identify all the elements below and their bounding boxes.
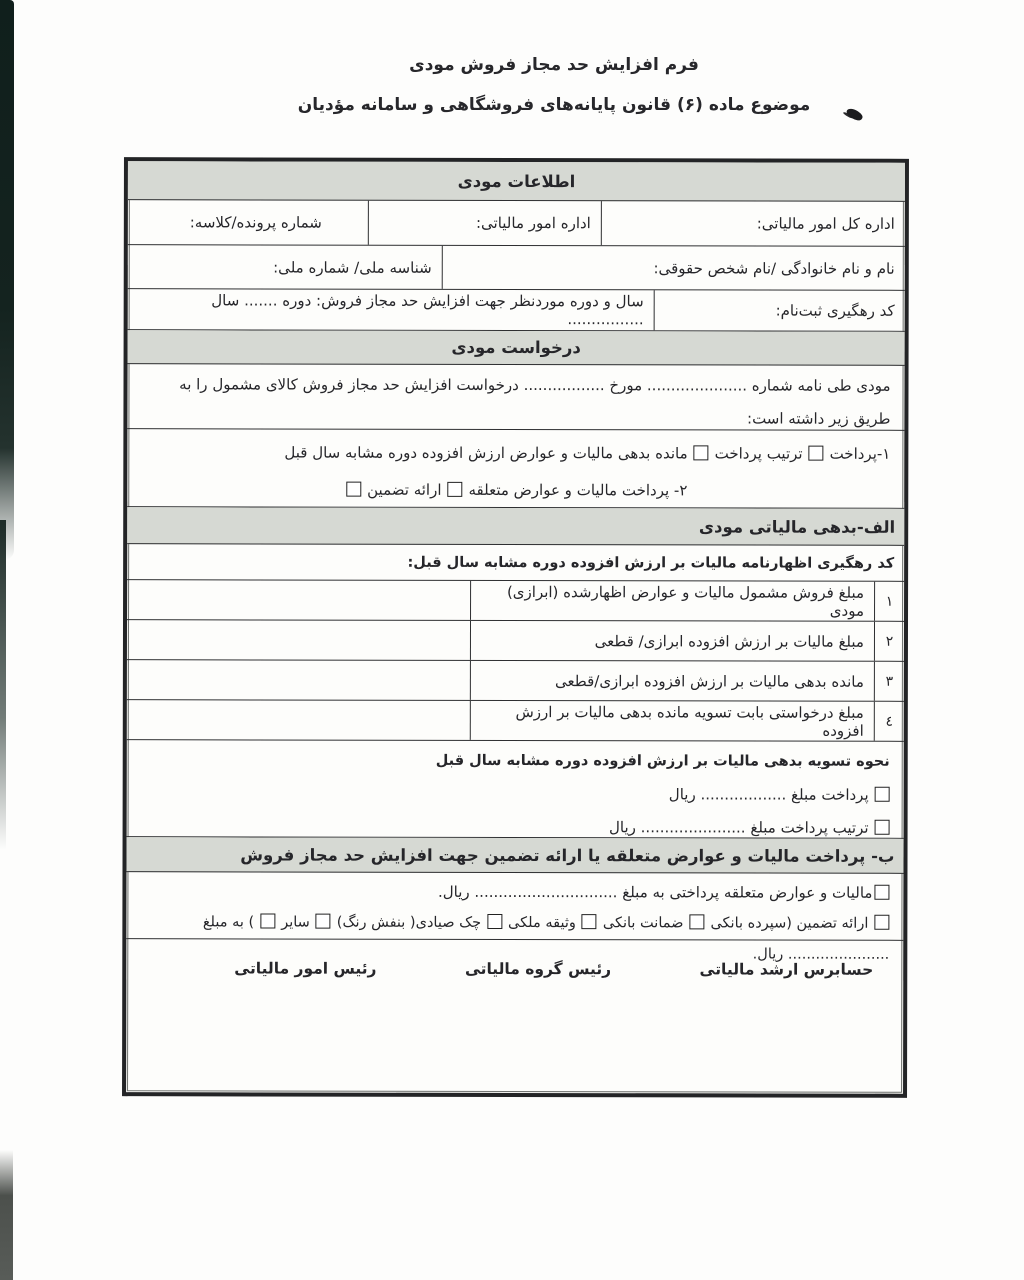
request-option-1: ۱-پرداختترتیب پرداختمانده بدهی مالیات و … <box>137 433 890 473</box>
vat-declaration-tracking-row[interactable]: کد رهگیری اظهارنامه مالیات بر ارزش افزود… <box>127 544 904 582</box>
row-label-text: مانده بدهی مالیات بر ارزش افزوده ابرازی/… <box>555 672 864 691</box>
row-label: مبلغ مالیات بر ارزش افزوده ابرازی/ قطعی <box>470 621 874 661</box>
request-option1-text3: مانده بدهی مالیات و عوارض ارزش افزوده دو… <box>284 444 687 463</box>
request-options-block: ۱-پرداختترتیب پرداختمانده بدهی مالیات و … <box>127 429 904 509</box>
settlement-method-title: نحوه تسویه بدهی مالیات بر ارزش افزوده دو… <box>137 744 890 779</box>
info-row-offices: اداره کل امور مالیاتی: اداره امور مالیات… <box>128 200 905 247</box>
request-intro-block: مودی طی نامه شماره .....................… <box>127 364 904 431</box>
row-label: مانده بدهی مالیات بر ارزش افزوده ابرازی/… <box>470 661 874 701</box>
settlement-method-block: نحوه تسویه بدهی مالیات بر ارزش افزوده دو… <box>127 740 904 839</box>
request-intro-line1: مودی طی نامه شماره .....................… <box>137 368 890 403</box>
section-header-a-tax-debt: الف-بدهی مالیاتی مودی <box>127 507 904 546</box>
checkbox-payment[interactable] <box>809 446 824 461</box>
checkbox-bank-deposit[interactable] <box>689 914 704 929</box>
form-subtitle: موضوع ماده (۶) قانون پایانه‌های فروشگاهی… <box>42 92 1024 118</box>
row-value-input[interactable] <box>127 580 470 620</box>
guarantee-text-2: ضمانت بانکی <box>603 915 684 931</box>
scan-edge-artifact-bottom <box>0 1150 13 1280</box>
field-general-tax-directorate[interactable]: اداره کل امور مالیاتی: <box>601 201 905 246</box>
checkbox-provide-guarantee[interactable] <box>346 482 361 497</box>
row-number: ۳ <box>874 662 904 701</box>
field-file-number[interactable]: شماره پرونده/کلاسه: <box>128 200 368 245</box>
field-national-id[interactable]: شناسه ملی/ شماره ملی: <box>128 245 442 289</box>
row-label: مبلغ فروش مشمول مالیات و عوارض اظهارشده … <box>470 581 874 621</box>
field-label-full-name: نام و نام خانوادگی /نام شخص حقوقی: <box>654 259 895 278</box>
row-number: ۲ <box>874 622 904 661</box>
table-row: ٤ مبلغ درخواستی بابت تسویه مانده بدهی ما… <box>127 700 904 742</box>
checkbox-settle-payment[interactable] <box>875 787 890 802</box>
request-option1-text2: ترتیب پرداخت <box>715 444 803 462</box>
scan-edge-artifact-mid <box>0 520 6 850</box>
guarantee-text-3: وثیقه ملکی <box>508 915 576 931</box>
row-number: ٤ <box>874 702 904 741</box>
row-label-text: مبلغ درخواستی بابت تسویه مانده بدهی مالی… <box>475 702 864 739</box>
guarantee-text-5: سایر <box>281 915 310 931</box>
checkbox-other[interactable] <box>260 913 275 928</box>
signature-tax-affairs-head: رئیس امور مالیاتی <box>234 959 376 977</box>
field-year-period[interactable]: سال و دوره موردنظر جهت افزایش حد مجاز فر… <box>128 289 654 330</box>
vat-declaration-tracking-cell: کد رهگیری اظهارنامه مالیات بر ارزش افزود… <box>127 544 904 581</box>
request-option-2: ۲- پرداخت مالیات و عوارض متعلقهارائه تضم… <box>137 471 890 509</box>
row-value-input[interactable] <box>127 700 470 740</box>
row-label-text: مبلغ فروش مشمول مالیات و عوارض اظهارشده … <box>475 582 864 619</box>
field-registration-tracking-code[interactable]: کد رهگیری ثبت‌نام: <box>654 290 905 331</box>
signature-tax-group-head: رئیس گروه مالیاتی <box>465 960 611 978</box>
request-option2-text2: ارائه تضمین <box>367 481 441 499</box>
checkbox-sayadi-cheque[interactable] <box>316 914 331 929</box>
table-row: ۱ مبلغ فروش مشمول مالیات و عوارض اظهارشد… <box>127 580 904 622</box>
section-b-options-block: مالیات و عوارض متعلقه پرداختی به مبلغ ..… <box>126 872 903 941</box>
settlement-option-payment: پرداخت مبلغ .................. ریال <box>137 777 890 812</box>
info-row-name: نام و نام خانوادگی /نام شخص حقوقی: شناسه… <box>128 245 905 291</box>
section-b-line1-text: مالیات و عوارض متعلقه پرداختی به مبلغ ..… <box>438 883 872 902</box>
row-label-text: مبلغ مالیات بر ارزش افزوده ابرازی/ قطعی <box>595 632 864 651</box>
field-full-name[interactable]: نام و نام خانوادگی /نام شخص حقوقی: <box>442 246 905 290</box>
checkbox-bank-guarantee[interactable] <box>582 914 597 929</box>
checkbox-settle-arrangement[interactable] <box>875 820 890 835</box>
info-row-registration: کد رهگیری ثبت‌نام: سال و دوره موردنظر جه… <box>128 289 905 332</box>
form-titles: فرم افزایش حد مجاز فروش مودی موضوع ماده … <box>0 52 1024 132</box>
checkbox-provide-guarantee-main[interactable] <box>874 915 889 930</box>
signature-senior-tax-auditor: حسابرس ارشد مالیاتی <box>700 960 874 978</box>
signature-row: حسابرس ارشد مالیاتی رئیس گروه مالیاتی رئ… <box>126 939 903 1088</box>
section-header-taxpayer-info: اطلاعات مودی <box>128 161 905 202</box>
form-table: اطلاعات مودی اداره کل امور مالیاتی: ادار… <box>122 157 909 1098</box>
section-b-line1: مالیات و عوارض متعلقه پرداختی به مبلغ ..… <box>136 876 889 909</box>
request-option2-text1: ۲- پرداخت مالیات و عوارض متعلقه <box>469 481 688 499</box>
vat-declaration-tracking-label: کد رهگیری اظهارنامه مالیات بر ارزش افزود… <box>407 554 894 571</box>
checkbox-pay-taxes-duties[interactable] <box>448 482 463 497</box>
scanned-form-page: { "page": { "title1": "فرم افزایش حد مجا… <box>0 0 1024 1280</box>
field-label-tax-affairs-office: اداره امور مالیاتی: <box>476 214 591 232</box>
section-header-taxpayer-request: درخواست مودی <box>128 330 905 366</box>
settlement-option-payment-text: پرداخت مبلغ .................. ریال <box>669 785 869 803</box>
guarantee-text-4: چک صیادی( بنفش رنگ) <box>337 915 481 931</box>
field-tax-affairs-office[interactable]: اداره امور مالیاتی: <box>368 201 601 245</box>
table-row: ۳ مانده بدهی مالیات بر ارزش افزوده ابراز… <box>127 660 904 702</box>
field-label-registration-tracking-code: کد رهگیری ثبت‌نام: <box>776 302 895 320</box>
table-row: ۲ مبلغ مالیات بر ارزش افزوده ابرازی/ قطع… <box>127 620 904 662</box>
field-label-year-period: سال و دوره موردنظر جهت افزایش حد مجاز فر… <box>132 291 644 328</box>
checkbox-taxes-paid[interactable] <box>874 885 889 900</box>
settlement-option-arrangement-text: ترتیب پرداخت مبلغ ......................… <box>609 818 869 837</box>
row-label: مبلغ درخواستی بابت تسویه مانده بدهی مالی… <box>470 701 874 741</box>
form-title: فرم افزایش حد مجاز فروش مودی <box>42 52 1024 78</box>
row-value-input[interactable] <box>127 660 470 700</box>
scan-edge-artifact-top <box>0 0 14 560</box>
field-label-national-id: شناسه ملی/ شماره ملی: <box>273 258 432 276</box>
row-number: ۱ <box>874 582 904 621</box>
checkbox-payment-arrangement[interactable] <box>694 445 709 460</box>
checkbox-property-collateral[interactable] <box>487 914 502 929</box>
field-label-file-number: شماره پرونده/کلاسه: <box>190 213 322 231</box>
guarantee-text-1: ارائه تضمین (سپرده بانکی <box>710 915 868 931</box>
row-value-input[interactable] <box>127 620 470 660</box>
field-label-general-tax-directorate: اداره کل امور مالیاتی: <box>757 215 895 233</box>
request-option1-text1: ۱-پرداخت <box>830 445 891 463</box>
